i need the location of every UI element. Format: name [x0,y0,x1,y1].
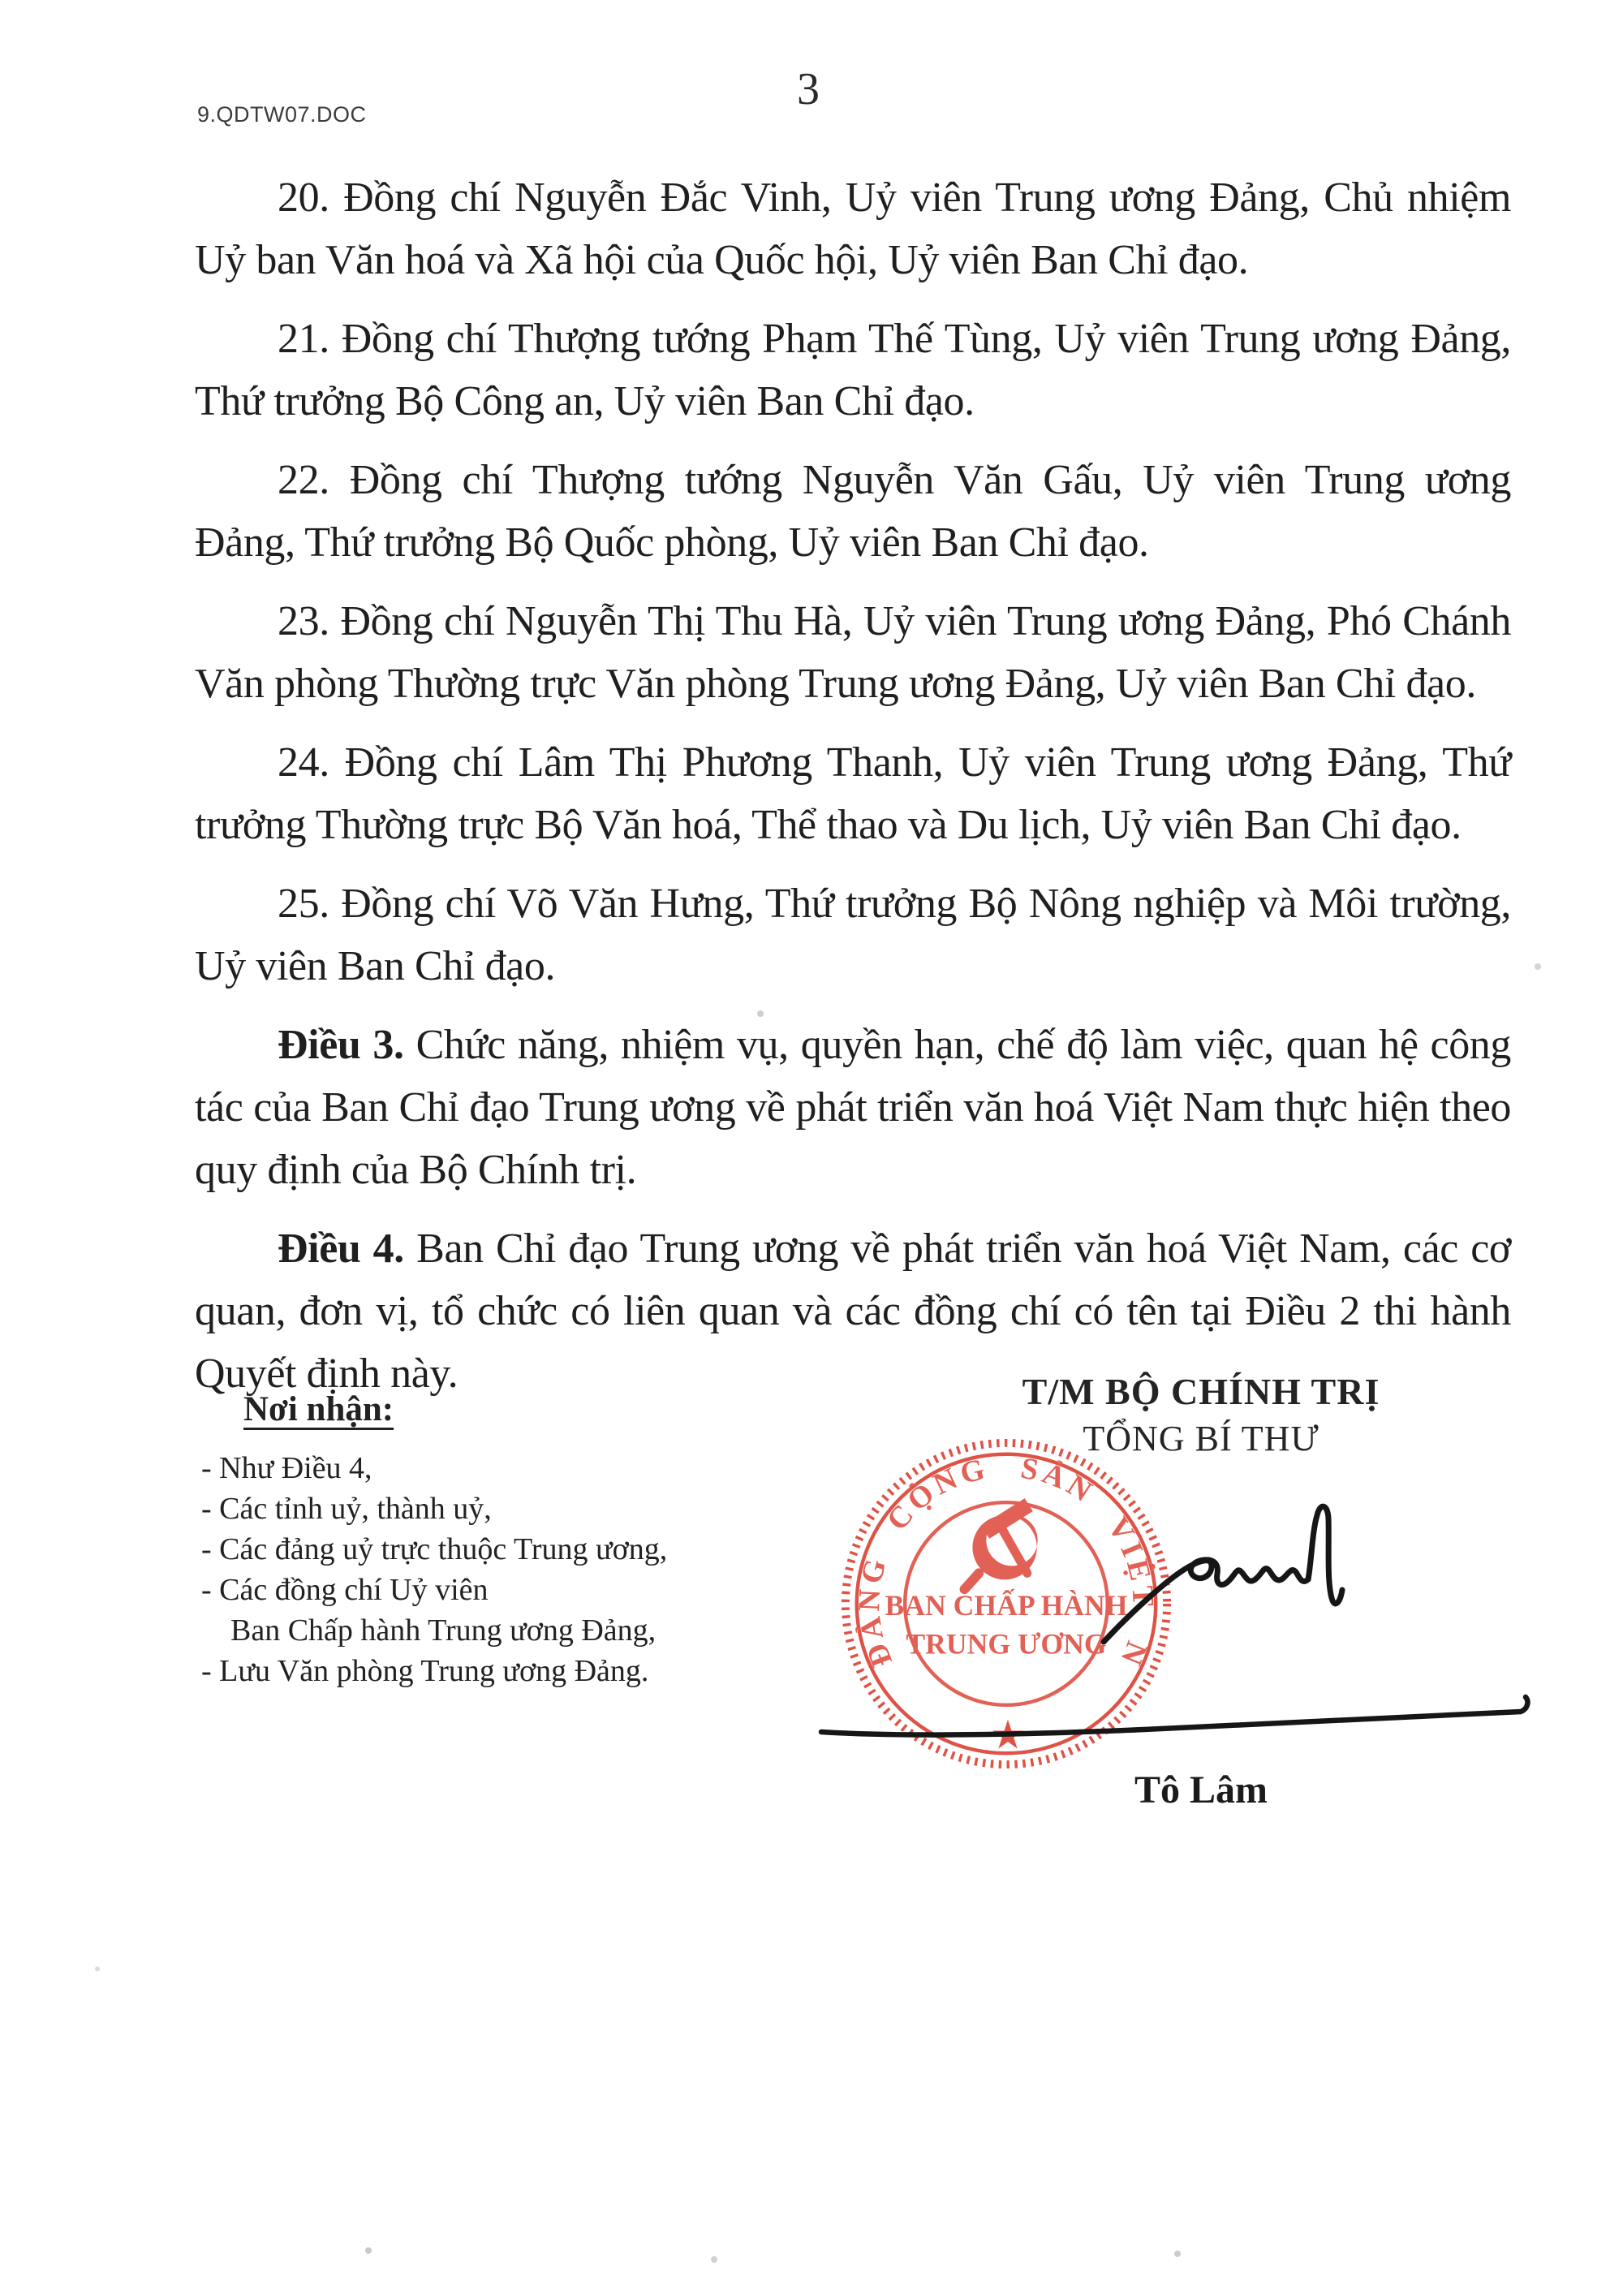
paragraph: 24. Đồng chí Lâm Thị Phương Thanh, Uỷ vi… [195,731,1511,856]
recipient-line: - Lưu Văn phòng Trung ương Đảng. [201,1651,769,1691]
paragraph: Điều 3. Chức năng, nhiệm vụ, quyền hạn, … [195,1014,1511,1201]
doc-file-label: 9.QDTW07.DOC [197,102,367,127]
recipient-line: Ban Chấp hành Trung ương Đảng, [201,1610,769,1651]
paragraph: 22. Đồng chí Thượng tướng Nguyễn Văn Gấu… [195,449,1511,574]
document-body: 20. Đồng chí Nguyễn Đắc Vinh, Uỷ viên Tr… [195,166,1511,1421]
recipients-heading: Nơi nhận: [243,1389,394,1430]
article-label: Điều 4. [278,1226,404,1272]
paragraph-text: 23. Đồng chí Nguyễn Thị Thu Hà, Uỷ viên … [195,598,1511,707]
page-number: 3 [797,63,820,115]
signer-name: Tô Lâm [885,1768,1518,1812]
handwritten-signature-icon [803,1481,1542,1749]
article-label: Điều 3. [278,1022,404,1068]
paragraph: 21. Đồng chí Thượng tướng Phạm Thế Tùng,… [195,308,1511,433]
paragraph-text: 20. Đồng chí Nguyễn Đắc Vinh, Uỷ viên Tr… [195,174,1511,283]
paragraph: 25. Đồng chí Võ Văn Hưng, Thứ trưởng Bộ … [195,872,1511,997]
paragraph-text: 21. Đồng chí Thượng tướng Phạm Thế Tùng,… [195,316,1511,424]
paragraph: 23. Đồng chí Nguyễn Thị Thu Hà, Uỷ viên … [195,590,1511,715]
signature-authority: T/M BỘ CHÍNH TRỊ [885,1370,1518,1413]
paragraph: 20. Đồng chí Nguyễn Đắc Vinh, Uỷ viên Tr… [195,166,1511,291]
signature-underline-stroke [821,1697,1527,1735]
recipient-line: - Các đồng chí Uỷ viên [201,1570,769,1610]
recipient-line: - Các đảng uỷ trực thuộc Trung ương, [201,1529,769,1570]
scan-noise [0,0,3,3]
recipient-line: - Như Điều 4, [201,1448,769,1488]
paragraph-text: 25. Đồng chí Võ Văn Hưng, Thứ trưởng Bộ … [195,881,1511,989]
recipient-line: - Các tỉnh uỷ, thành uỷ, [201,1488,769,1529]
paragraph-text: 22. Đồng chí Thượng tướng Nguyễn Văn Gấu… [195,457,1511,566]
document-page: 9.QDTW07.DOC 3 20. Đồng chí Nguyễn Đắc V… [0,0,1623,2296]
paragraph-text: 24. Đồng chí Lâm Thị Phương Thanh, Uỷ vi… [195,739,1511,848]
recipients-block: Nơi nhận: - Như Điều 4, - Các tỉnh uỷ, t… [201,1389,769,1691]
signature-stroke [1104,1506,1342,1642]
